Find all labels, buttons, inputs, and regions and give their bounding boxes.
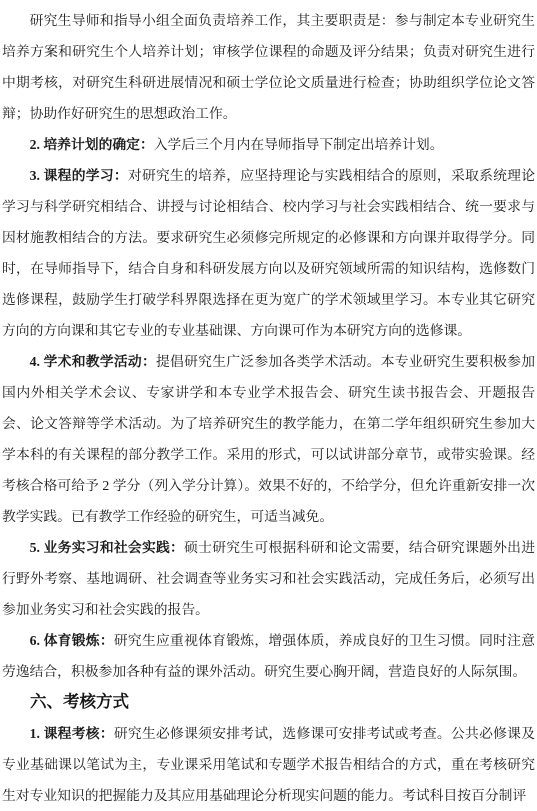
paragraph-text: 提倡研究生广泛参加各类学术活动。本专业研究生要积极参加国内外相关学术会议、专家讲… xyxy=(2,354,535,524)
paragraph-supervisor-duties: 研究生导师和指导小组全面负责培养工作，其主要职责是：参与制定本专业研究生培养方案… xyxy=(2,5,535,129)
paragraph-item-academic-teaching-activities: 4. 学术和教学活动：提倡研究生广泛参加各类学术活动。本专业研究生要积极参加国内… xyxy=(2,346,535,532)
paragraph-item-course-study: 3. 课程的学习：对研究生的培养，应坚持理论与实践相结合的原则，采取系统理论学习… xyxy=(2,160,535,346)
item-label-academic-teaching-activities: 4. 学术和教学活动： xyxy=(30,354,156,369)
paragraph-item-physical-exercise: 6. 体育锻炼：研究生应重视体育锻炼，增强体质，养成良好的卫生习惯。同时注意劳逸… xyxy=(2,625,535,687)
item-label-physical-exercise: 6. 体育锻炼： xyxy=(30,633,114,648)
paragraph-item-practice-internship: 5. 业务实习和社会实践：硕士研究生可根据科研和论文需要，结合研究课题外出进行野… xyxy=(2,532,535,625)
section-heading-assessment-method: 六、考核方式 xyxy=(2,687,535,718)
item-label-practice-internship: 5. 业务实习和社会实践： xyxy=(30,540,185,555)
document-page: 研究生导师和指导小组全面负责培养工作，其主要职责是：参与制定本专业研究生培养方案… xyxy=(0,0,537,811)
paragraph-item-course-assessment: 1. 课程考核：研究生必修课须安排考试，选修课可安排考试或考查。公共必修课及专业… xyxy=(2,718,535,811)
item-label-training-plan: 2. 培养计划的确定： xyxy=(30,137,154,152)
paragraph-text: 对研究生的培养，应坚持理论与实践相结合的原则，采取系统理论学习与科学研究相结合、… xyxy=(2,168,535,338)
item-label-course-study: 3. 课程的学习： xyxy=(30,168,128,183)
paragraph-text: 入学后三个月内在导师指导下制定出培养计划。 xyxy=(154,137,444,152)
paragraph-item-training-plan: 2. 培养计划的确定：入学后三个月内在导师指导下制定出培养计划。 xyxy=(2,129,535,160)
item-label-course-assessment: 1. 课程考核： xyxy=(30,726,114,741)
paragraph-text: 研究生导师和指导小组全面负责培养工作，其主要职责是：参与制定本专业研究生培养方案… xyxy=(2,13,535,121)
